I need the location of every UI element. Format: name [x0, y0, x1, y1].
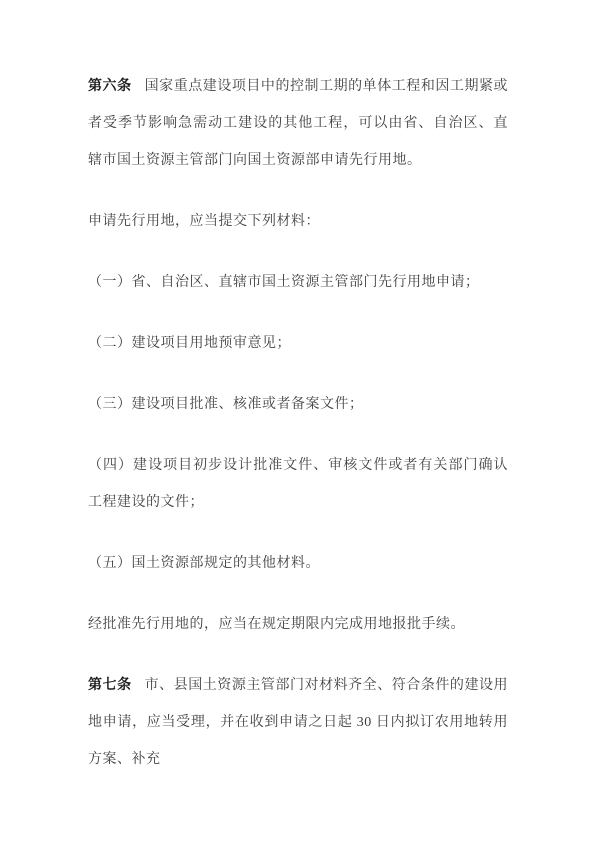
article-7-text: 市、县国土资源主管部门对材料齐全、符合条件的建设用地申请，应当受理，并在收到申请…: [88, 678, 508, 767]
paragraph-materials-intro: 申请先行用地，应当提交下列材料：: [88, 203, 508, 240]
document-page: 第六条国家重点建设项目中的控制工期的单体工程和因工期紧或者受季节影响急需动工建设…: [0, 0, 595, 841]
paragraph-article-6: 第六条国家重点建设项目中的控制工期的单体工程和因工期紧或者受季节影响急需动工建设…: [88, 68, 508, 179]
paragraph-item-1: （一）省、自治区、直辖市国土资源主管部门先行用地申请；: [88, 264, 508, 301]
article-6-text: 国家重点建设项目中的控制工期的单体工程和因工期紧或者受季节影响急需动工建设的其他…: [88, 79, 508, 168]
paragraph-approval-note: 经批准先行用地的，应当在规定期限内完成用地报批手续。: [88, 606, 508, 643]
document-content: 第六条国家重点建设项目中的控制工期的单体工程和因工期紧或者受季节影响急需动工建设…: [88, 68, 508, 778]
paragraph-item-4: （四）建设项目初步设计批准文件、审核文件或者有关部门确认工程建设的文件；: [88, 447, 508, 521]
article-6-number: 第六条: [88, 79, 132, 94]
article-7-number: 第七条: [88, 678, 132, 693]
paragraph-item-2: （二）建设项目用地预审意见；: [88, 325, 508, 362]
paragraph-item-5: （五）国土资源部规定的其他材料。: [88, 545, 508, 582]
paragraph-item-3: （三）建设项目批准、核准或者备案文件；: [88, 386, 508, 423]
paragraph-article-7: 第七条市、县国土资源主管部门对材料齐全、符合条件的建设用地申请，应当受理，并在收…: [88, 667, 508, 778]
